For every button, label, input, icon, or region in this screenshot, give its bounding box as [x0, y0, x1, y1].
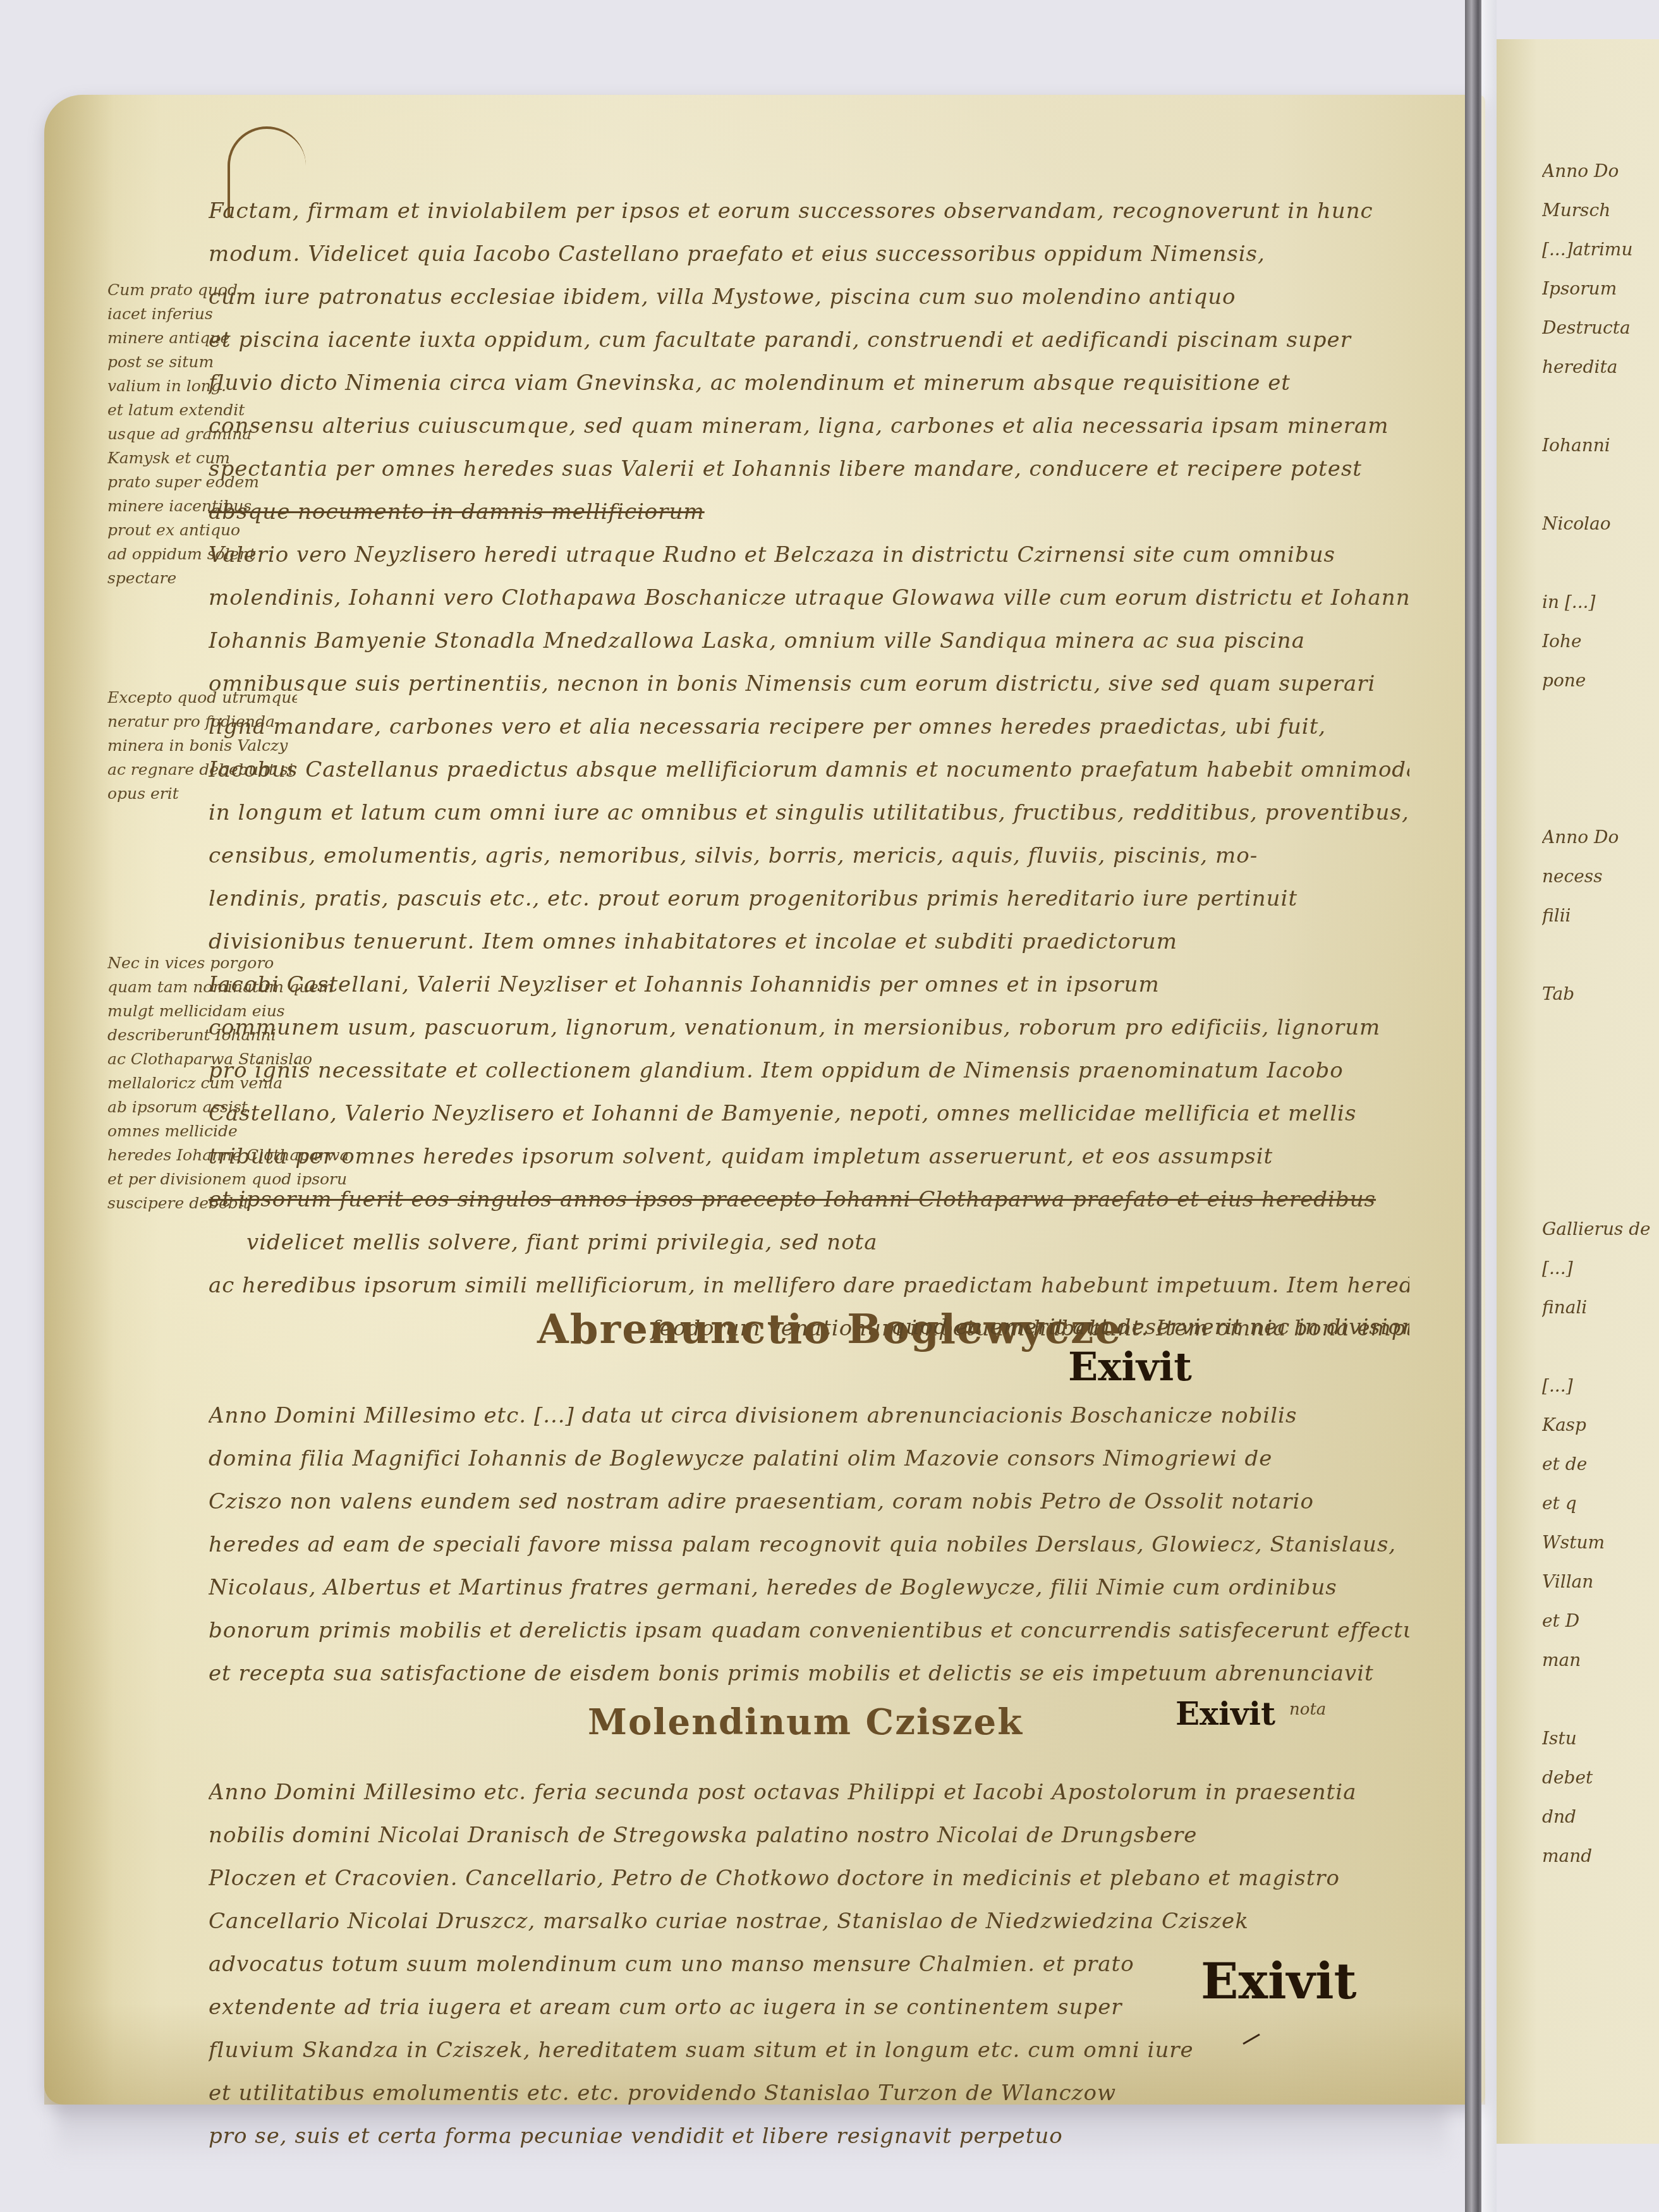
text-line: Anno Domini Millesimo etc. [...] data ut…	[209, 1394, 1409, 1437]
text-line: necess	[1542, 857, 1659, 896]
text-line: domina filia Magnifici Iohannis de Bogle…	[209, 1437, 1409, 1480]
glass-plate-edge	[1481, 0, 1497, 2212]
text-line: Cancellario Nicolai Druszcz, marsalko cu…	[209, 1900, 1409, 1943]
text-line: Iacobi Castellani, Valerii Neyzliser et …	[209, 963, 1409, 1006]
text-line	[1542, 387, 1659, 426]
text-line: Factam, firmam et inviolabilem per ipsos…	[209, 190, 1409, 233]
text-line	[1542, 465, 1659, 504]
text-line: absque nocumento in damnis mellificiorum	[209, 490, 1409, 533]
text-line: nobilis domini Nicolai Dranisch de Streg…	[209, 1814, 1409, 1857]
text-line: et piscina iacente iuxta oppidum, cum fa…	[209, 319, 1409, 362]
text-line: Ipsorum	[1542, 269, 1659, 308]
section-abrenunctio-body: Anno Domini Millesimo etc. [...] data ut…	[209, 1394, 1409, 1695]
text-line: consensu alterius cuiuscumque, sed quam …	[209, 404, 1409, 447]
text-line: Iohe	[1542, 622, 1659, 661]
text-line: quod ea emerit aut deservierit nec in di…	[891, 1306, 1409, 1349]
text-line: Kasp	[1542, 1406, 1659, 1445]
text-line: cum iure patronatus ecclesiae ibidem, vi…	[209, 276, 1409, 319]
exivit-mark: Exivit	[1068, 1344, 1192, 1390]
text-line: et ipsorum fuerit eos singulos annos ips…	[209, 1178, 1409, 1221]
text-line: Villan	[1542, 1562, 1659, 1601]
nota-mark: nota	[1289, 1700, 1326, 1719]
final-exivit-mark: Exivit	[1201, 1953, 1357, 2010]
text-line	[1542, 1053, 1659, 1092]
text-line: Iacobus Castellanus praedictus absque me…	[209, 748, 1409, 791]
text-line: pro ignis necessitate et collectionem gl…	[209, 1049, 1409, 1092]
text-line: fluvio dicto Nimenia circa viam Gnevinsk…	[209, 362, 1409, 404]
text-line	[1542, 1092, 1659, 1131]
section-heading-molendinum: Molendinum Cziszek	[588, 1701, 1023, 1743]
text-line: finali	[1542, 1288, 1659, 1327]
section-heading-row: Abrenunctio Boglewycze quod ea emerit au…	[209, 1306, 1409, 1375]
text-line: divisionibus tenuerunt. Item omnes inhab…	[209, 920, 1409, 963]
binding-clamp-bar	[1465, 0, 1481, 2212]
text-line: dnd	[1542, 1797, 1659, 1837]
text-line: man	[1542, 1641, 1659, 1680]
text-line: tributa per omnes heredes ipsorum solven…	[209, 1135, 1409, 1178]
text-line: Valerio vero Neyzlisero heredi utraque R…	[209, 533, 1409, 576]
text-line: pro se, suis et certa forma pecuniae ven…	[209, 2115, 1409, 2158]
text-line: Gallierus de	[1542, 1210, 1659, 1249]
main-text-block: Factam, firmam et inviolabilem per ipsos…	[209, 190, 1409, 2158]
text-line: et recepta sua satisfactione de eisdem b…	[209, 1652, 1409, 1695]
text-line: in longum et latum cum omni iure ac omni…	[209, 791, 1409, 834]
text-line	[1542, 1680, 1659, 1719]
text-line: lendinis, pratis, pascuis etc., etc. pro…	[209, 877, 1409, 920]
text-line: bonorum primis mobilis et derelictis ips…	[209, 1609, 1409, 1652]
text-line: Iohanni	[1542, 426, 1659, 465]
text-line: ligna mandare, carbones vero et alia nec…	[209, 705, 1409, 748]
text-line	[1542, 935, 1659, 975]
text-line: Anno Domini Millesimo etc. feria secunda…	[209, 1771, 1409, 1814]
text-line: modum. Videlicet quia Iacobo Castellano …	[209, 233, 1409, 276]
main-entry: Factam, firmam et inviolabilem per ipsos…	[209, 190, 1409, 1350]
text-line	[1542, 700, 1659, 739]
text-line: et de	[1542, 1445, 1659, 1484]
text-line: mand	[1542, 1837, 1659, 1876]
text-line	[1542, 1327, 1659, 1366]
text-line	[1542, 1131, 1659, 1170]
text-line: et q	[1542, 1484, 1659, 1523]
text-line: Castellano, Valerio Neyzlisero et Iohann…	[209, 1092, 1409, 1135]
text-line: Tab	[1542, 975, 1659, 1014]
text-line: censibus, emolumentis, agris, nemoribus,…	[209, 834, 1409, 877]
text-line: Wstum	[1542, 1523, 1659, 1562]
text-line: [...]atrimu	[1542, 230, 1659, 269]
text-line: Destructa	[1542, 308, 1659, 348]
facing-page-text: Anno Do Mursch [...]atrimu Ipsorum Destr…	[1542, 152, 1659, 1876]
text-line: et utilitatibus emolumentis etc. etc. pr…	[209, 2072, 1409, 2115]
text-line: pone	[1542, 661, 1659, 700]
text-line: et D	[1542, 1601, 1659, 1641]
text-line: videlicet mellis solvere, fiant primi pr…	[209, 1221, 1409, 1264]
text-line: fluvium Skandza in Cziszek, hereditatem …	[209, 2029, 1409, 2072]
text-line: Ploczen et Cracovien. Cancellario, Petro…	[209, 1857, 1409, 1900]
text-line: Anno Do	[1542, 152, 1659, 191]
text-line	[1542, 739, 1659, 779]
text-line: Nicolao	[1542, 504, 1659, 544]
text-line: omnibusque suis pertinentiis, necnon in …	[209, 662, 1409, 705]
text-line	[1542, 779, 1659, 818]
text-line: ac heredibus ipsorum simili mellificioru…	[209, 1264, 1409, 1307]
text-line: [...]	[1542, 1366, 1659, 1406]
text-line: molendinis, Iohanni vero Clothapawa Bosc…	[209, 576, 1409, 619]
exivit-mark: Exivit	[1176, 1695, 1275, 1732]
section-heading-row: Molendinum Cziszek Exivit nota	[209, 1695, 1409, 1771]
text-line: heredes ad eam de speciali favore missa …	[209, 1523, 1409, 1566]
text-line: debet	[1542, 1758, 1659, 1797]
text-line	[1542, 1170, 1659, 1210]
text-line: [...]	[1542, 1249, 1659, 1288]
text-line: Istu	[1542, 1719, 1659, 1758]
text-line	[1542, 544, 1659, 583]
text-line: Nicolaus, Albertus et Martinus fratres g…	[209, 1566, 1409, 1609]
text-line: spectantia per omnes heredes suas Valeri…	[209, 447, 1409, 490]
text-line: Cziszo non valens eundem sed nostram adi…	[209, 1480, 1409, 1523]
text-line: Mursch	[1542, 191, 1659, 230]
text-line: Anno Do	[1542, 818, 1659, 857]
text-line: filii	[1542, 896, 1659, 935]
text-line	[1542, 1014, 1659, 1053]
text-line: in [...]	[1542, 583, 1659, 622]
text-line: Iohannis Bamyenie Stonadla Mnedzallowa L…	[209, 619, 1409, 662]
text-line: heredita	[1542, 348, 1659, 387]
text-line: communem usum, pascuorum, lignorum, vena…	[209, 1006, 1409, 1049]
